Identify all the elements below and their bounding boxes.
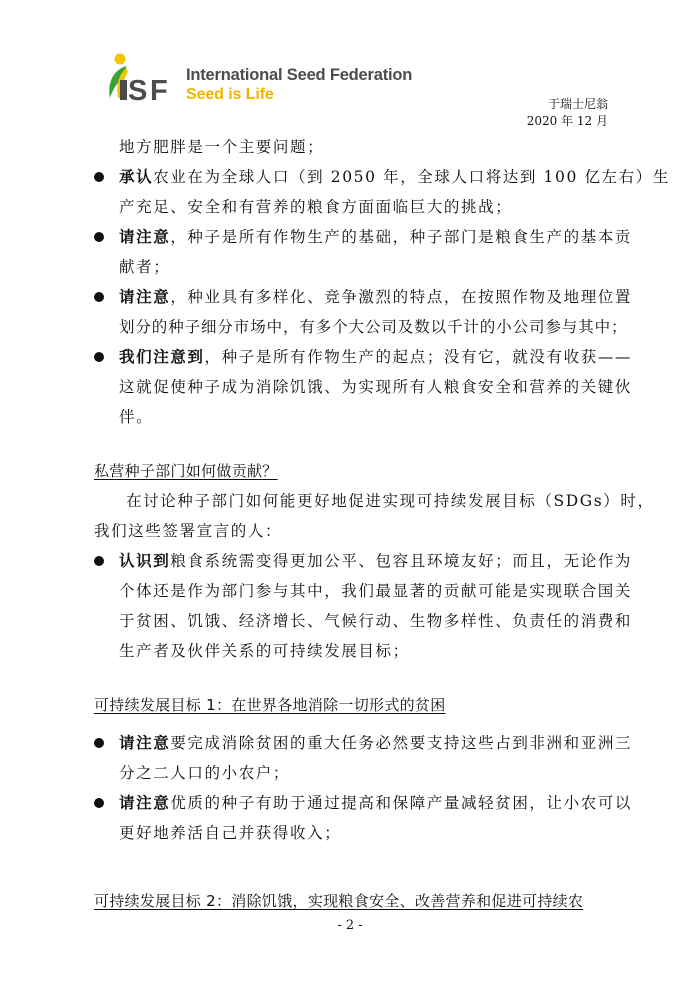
svg-text:S: S [128,75,147,107]
list-item: 认识到粮食系统需变得更加公平、包容且环境友好；而且，无论作为 个体还是作为部门参… [94,546,614,666]
list-item: 我们注意到，种子是所有作物生产的起点；没有它，就没有收获—— 这就促使种子成为消… [94,342,614,432]
page-number: - 2 - [0,918,700,933]
bold-lead: 认识到 [119,551,170,570]
list-item-text: 个体还是作为部门参与其中，我们最显著的贡献可能是实现联合国关 [119,576,614,606]
list-item-text: 献者； [119,252,614,282]
list-item-text: 伴。 [119,402,614,432]
bullet-icon [94,172,104,182]
bold-lead: 请注意 [119,287,170,306]
bold-lead: 请注意 [119,793,170,812]
svg-text:F: F [150,75,168,107]
bold-lead: 请注意 [119,227,170,246]
isf-logo: S F International Seed Federation Seed i… [104,52,412,108]
section-heading: 可持续发展目标 2：消除饥饿，实现粮食安全、改善营养和促进可持续农 [94,886,614,916]
list-item-text: 分之二人口的小农户； [119,758,614,788]
list-item-text: ，种子是所有作物生产的基础，种子部门是粮食生产的基本贡 [170,228,632,246]
organization-name: International Seed Federation [186,66,412,85]
bullet-icon [94,232,104,242]
date-text: 2020 年 12 月 [527,113,608,130]
bold-lead: 我们注意到 [119,347,205,366]
list-item-text: 粮食系统需变得更加公平、包容且环境友好；而且，无论作为 [170,552,632,570]
bullet-icon [94,352,104,362]
organization-tagline: Seed is Life [186,85,412,104]
list-item-text: 划分的种子细分市场中，有多个大公司及数以千计的小公司参与其中； [119,312,614,342]
dateline: 于瑞士尼翁 2020 年 12 月 [527,96,608,130]
list-item-text: ，种业具有多样化、竞争激烈的特点，在按照作物及地理位置 [170,288,632,306]
bold-lead: 承认 [119,167,153,186]
continuation-line: 地方肥胖是一个主要问题； [94,132,614,162]
document-body: 地方肥胖是一个主要问题； 承认农业在为全球人口（到 2050 年，全球人口将达到… [94,132,614,916]
section-heading: 可持续发展目标 1：在世界各地消除一切形式的贫困 [94,690,614,720]
list-item: 请注意要完成消除贫困的重大任务必然要支持这些占到非洲和亚洲三 分之二人口的小农户… [94,728,614,788]
bullet-icon [94,738,104,748]
list-item-text: 产充足、安全和有营养的粮食方面面临巨大的挑战； [119,192,614,222]
list-item-text: 要完成消除贫困的重大任务必然要支持这些占到非洲和亚洲三 [170,734,632,752]
bullet-icon [94,798,104,808]
list-item-text: 于贫困、饥饿、经济增长、气候行动、生物多样性、负责任的消费和 [119,606,614,636]
list-item-text: 农业在为全球人口（到 2050 年，全球人口将达到 100 亿左右）生 [153,168,670,186]
list-item: 请注意，种子是所有作物生产的基础，种子部门是粮食生产的基本贡 献者； [94,222,614,282]
paragraph-line: 在讨论种子部门如何能更好地促进实现可持续发展目标（SDGs）时， [94,486,614,516]
list-item-text: 这就促使种子成为消除饥饿、为实现所有人粮食安全和营养的关键伙 [119,372,614,402]
location-text: 于瑞士尼翁 [527,96,608,113]
list-item: 承认农业在为全球人口（到 2050 年，全球人口将达到 100 亿左右）生 产充… [94,162,614,222]
paragraph-line: 我们这些签署宣言的人： [94,516,614,546]
bold-lead: 请注意 [119,733,170,752]
list-item: 请注意，种业具有多样化、竞争激烈的特点，在按照作物及地理位置 划分的种子细分市场… [94,282,614,342]
list-item-text: 更好地养活自己并获得收入； [119,818,614,848]
bullet-icon [94,556,104,566]
isf-logo-mark-icon: S F [104,52,182,108]
list-item-text: ，种子是所有作物生产的起点；没有它，就没有收获—— [205,348,633,366]
list-item: 请注意优质的种子有助于通过提高和保障产量减轻贫困，让小农可以 更好地养活自己并获… [94,788,614,848]
bullet-icon [94,292,104,302]
list-item-text: 生产者及伙伴关系的可持续发展目标； [119,636,614,666]
document-page: S F International Seed Federation Seed i… [0,0,700,990]
section-heading: 私营种子部门如何做贡献？ [94,456,614,486]
list-item-text: 优质的种子有助于通过提高和保障产量减轻贫困，让小农可以 [170,794,632,812]
